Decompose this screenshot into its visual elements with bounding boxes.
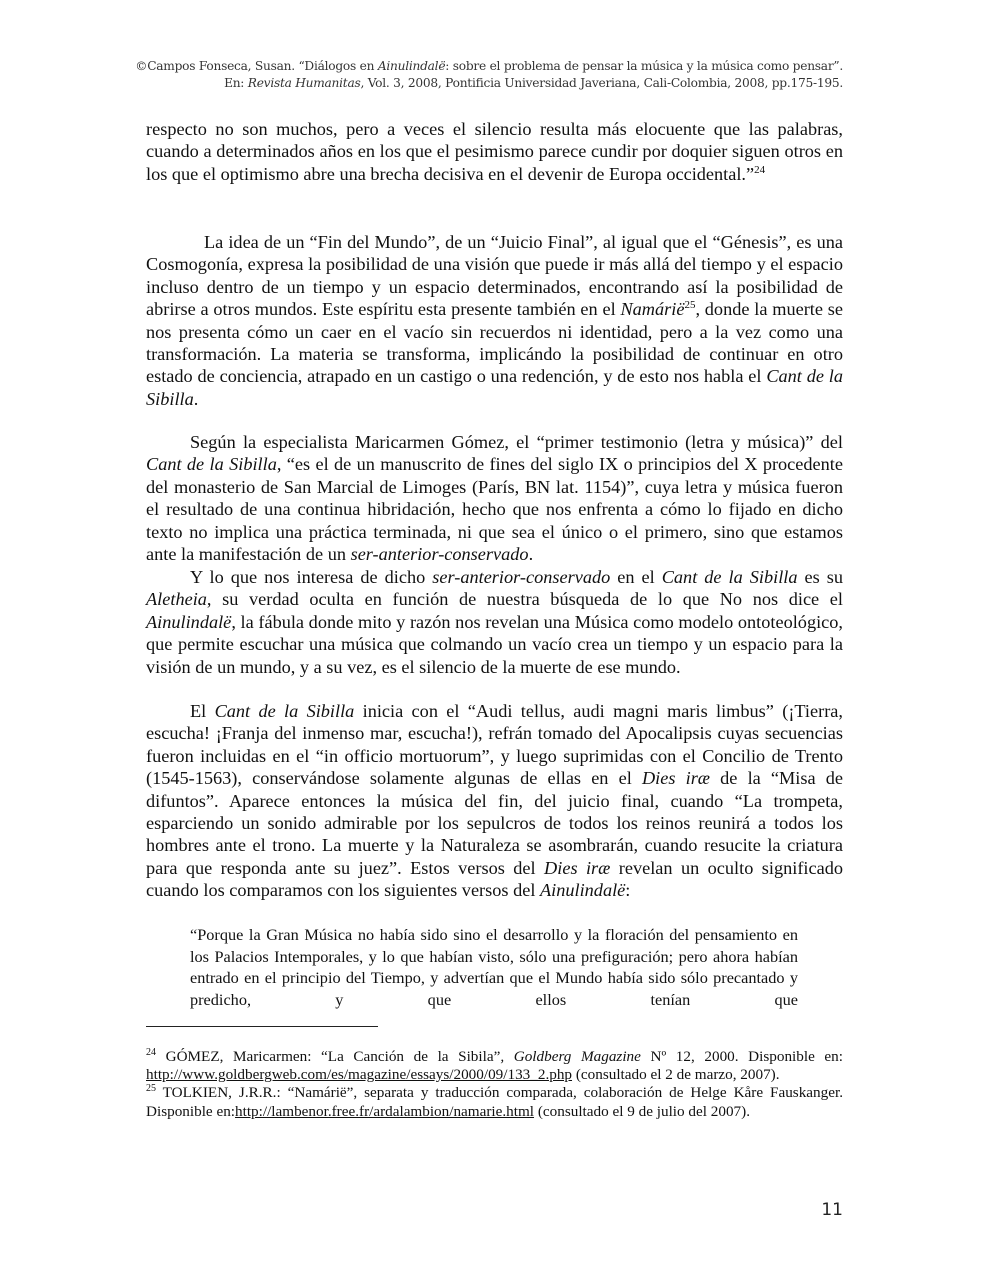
paragraph-text: Según la especialista Maricarmen Gómez, … xyxy=(190,432,843,452)
header-italic-title: Ainulindalë xyxy=(378,59,445,73)
header-text: : sobre el problema de pensar la música … xyxy=(445,59,843,73)
italic-term: ser-anterior-conservado xyxy=(432,567,610,587)
header-text: En: xyxy=(224,76,248,90)
paragraph-2: La idea de un “Fin del Mundo”, de un “Ju… xyxy=(146,231,843,410)
footnote-text: (consultado el 2 de marzo, 2007). xyxy=(572,1066,780,1083)
footnote-number: 24 xyxy=(146,1047,156,1058)
paragraph-3: Según la especialista Maricarmen Gómez, … xyxy=(146,431,843,565)
italic-term: Ainulindalë xyxy=(146,612,231,632)
italic-term: Cant de la Sibilla xyxy=(215,701,355,721)
footnote-24: 24 GÓMEZ, Maricarmen: “La Canción de la … xyxy=(146,1048,843,1084)
paragraph-4: Y lo que nos interesa de dicho ser-anter… xyxy=(146,566,843,678)
footnote-text: (consultado el 9 de julio del 2007). xyxy=(534,1103,750,1120)
paragraph-text: . xyxy=(529,544,534,564)
italic-term: Namárië xyxy=(620,299,684,319)
italic-term: Dies iræ xyxy=(544,858,610,878)
header-journal-title: Revista Humanitas xyxy=(248,76,361,90)
footnote-25: 25 TOLKIEN, J.R.R.: “Namárië”, separata … xyxy=(146,1084,843,1120)
paragraph-text: respecto no son muchos, pero a veces el … xyxy=(146,119,843,184)
footnote-ref-24[interactable]: 24 xyxy=(754,164,765,176)
paragraph-text: , la fábula donde mito y razón nos revel… xyxy=(146,612,843,677)
footnote-text: Nº 12, 2000. Disponible en: xyxy=(641,1048,843,1065)
italic-term: Dies iræ xyxy=(642,768,710,788)
italic-term: ser-anterior-conservado xyxy=(351,544,529,564)
footnote-link[interactable]: http://www.goldbergweb.com/es/magazine/e… xyxy=(146,1066,572,1083)
paragraph-1: respecto no son muchos, pero a veces el … xyxy=(146,118,843,185)
block-quote: “Porque la Gran Música no había sido sin… xyxy=(190,924,798,1010)
quote-text: “Porque la Gran Música no había sido sin… xyxy=(190,924,798,1010)
footnote-text: GÓMEZ, Maricarmen: “La Canción de la Sib… xyxy=(156,1048,500,1065)
paragraph-text: , su verdad oculta en función de nuestra… xyxy=(207,589,843,609)
paragraph-5: El Cant de la Sibilla inicia con el “Aud… xyxy=(146,700,843,902)
paragraph-text: : xyxy=(625,880,630,900)
paragraph-text: Y lo que nos interesa de dicho xyxy=(190,567,432,587)
footnote-ref-25[interactable]: 25 xyxy=(684,299,695,311)
paragraph-text: El xyxy=(190,701,215,721)
footnote-number: 25 xyxy=(146,1083,156,1094)
footnote-italic: , Goldberg Magazine xyxy=(500,1048,641,1065)
header-line-2: En: Revista Humanitas, Vol. 3, 2008, Pon… xyxy=(123,75,843,92)
running-header: ©Campos Fonseca, Susan. “Diálogos en Ain… xyxy=(123,58,843,92)
footnotes: 24 GÓMEZ, Maricarmen: “La Canción de la … xyxy=(146,1048,843,1121)
italic-term: Aletheia xyxy=(146,589,207,609)
document-page: ©Campos Fonseca, Susan. “Diálogos en Ain… xyxy=(0,0,990,1280)
italic-term: Ainulindalë xyxy=(540,880,625,900)
footnote-separator xyxy=(146,1026,378,1027)
paragraph-text: en el xyxy=(610,567,661,587)
header-text: , Vol. 3, 2008, Pontificia Universidad J… xyxy=(360,76,843,90)
page-number: 11 xyxy=(821,1200,843,1220)
italic-term: Cant de la Sibilla xyxy=(146,454,277,474)
paragraph-text: . xyxy=(194,389,199,409)
paragraph-text: es su xyxy=(798,567,844,587)
footnote-link[interactable]: http://lambenor.free.fr/ardalambion/nama… xyxy=(235,1103,534,1120)
header-text: ©Campos Fonseca, Susan. “Diálogos en xyxy=(135,59,378,73)
header-line-1: ©Campos Fonseca, Susan. “Diálogos en Ain… xyxy=(123,58,843,75)
italic-term: Cant de la Sibilla xyxy=(662,567,798,587)
